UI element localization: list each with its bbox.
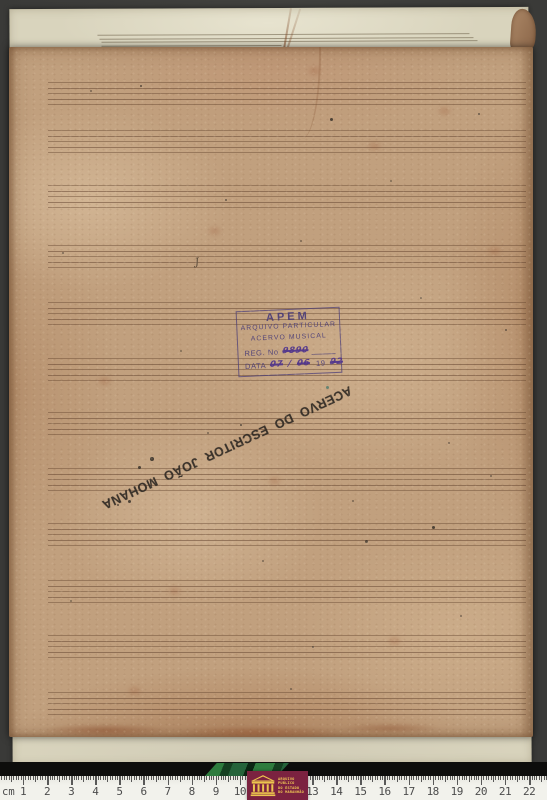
ink-speck: [490, 475, 492, 477]
ruler-tick: [498, 776, 499, 780]
ruler-tick: [406, 776, 407, 780]
ruler-tick: [141, 776, 142, 780]
ruler-tick: [411, 776, 412, 780]
ruler-tick: [324, 776, 325, 782]
ruler-tick: [37, 776, 38, 780]
ruler-tick: [117, 776, 118, 780]
ruler-tick: [387, 776, 388, 780]
torn-corner-edge: [510, 8, 538, 52]
ruler-tick: [522, 776, 523, 780]
ruler-tick: [445, 776, 446, 782]
ruler-tick: [192, 776, 194, 785]
ruler-tick: [370, 776, 371, 780]
ruler-tick: [23, 776, 25, 785]
ruler-number: 7: [165, 785, 171, 798]
scanned-manuscript-photo: APEM ARQUIVO PARTICULAR ACERVO MUSICAL R…: [0, 0, 547, 800]
ruler-tick: [189, 776, 190, 780]
ruler-tick: [158, 776, 159, 780]
ruler-tick: [11, 776, 12, 782]
ruler-tick: [315, 776, 316, 780]
ruler-tick: [428, 776, 429, 780]
ruler-tick: [327, 776, 328, 780]
ruler-tick: [206, 776, 207, 780]
ruler-number: 14: [330, 785, 342, 798]
ruler-tick: [6, 776, 7, 780]
ruler-tick: [175, 776, 176, 780]
ruler-tick: [469, 776, 470, 782]
ruler-tick: [524, 776, 525, 780]
staff-lines: [48, 245, 526, 268]
ruler-tick: [197, 776, 198, 780]
ruler-tick: [380, 776, 381, 780]
ruler-tick: [165, 776, 166, 780]
ruler-tick: [536, 776, 537, 780]
foxing-stain: [209, 227, 220, 235]
ruler-number: 1: [20, 785, 26, 798]
ruler-tick: [40, 776, 41, 780]
ruler-tick: [433, 776, 435, 785]
ruler-tick: [225, 776, 226, 780]
ruler-tick: [95, 776, 97, 785]
ruler-tick: [382, 776, 383, 780]
stamp-reg-value: 9890: [282, 345, 309, 356]
ruler-tick: [223, 776, 224, 780]
foxing-stain: [99, 377, 110, 385]
ruler-tick: [319, 776, 320, 780]
ruler-tick: [182, 776, 183, 780]
ruler-tick: [519, 776, 520, 780]
staff-lines: [48, 130, 526, 153]
foxing-stain: [489, 247, 500, 255]
ruler-tick: [110, 776, 111, 780]
ruler-tick: [112, 776, 113, 780]
ruler-tick: [57, 776, 58, 780]
ruler-tick: [510, 776, 511, 780]
ink-speck: [420, 297, 422, 299]
ruler-tick: [204, 776, 205, 782]
cm-ruler: cm 1234567891013141516171819202122 ARQUI…: [0, 776, 547, 800]
stamp-date-month: 06: [297, 358, 311, 369]
staff-lines: [48, 580, 526, 603]
ruler-tick: [392, 776, 393, 780]
foxing-stain: [269, 477, 280, 485]
ruler-tick: [172, 776, 173, 780]
ruler-tick: [83, 776, 84, 782]
ruler-tick: [493, 776, 494, 782]
foxing-stain: [309, 67, 320, 75]
ruler-tick: [122, 776, 123, 780]
ruler-tick: [16, 776, 17, 780]
ruler-tick: [240, 776, 242, 785]
ruler-tick: [136, 776, 137, 780]
ruler-tick: [452, 776, 453, 780]
stamp-line-acervo-musical: ACERVO MUSICAL: [238, 332, 340, 344]
ruler-tick: [151, 776, 152, 780]
ruler-tick: [336, 776, 338, 785]
ruler-tick: [353, 776, 354, 780]
ownership-stamp: ACERVO DO ESCRITOR JOÃO MOHANA: [102, 382, 355, 511]
ruler-tick: [4, 776, 5, 780]
ruler-tick: [365, 776, 366, 780]
ruler-tick: [310, 776, 311, 780]
ruler-tick: [221, 776, 222, 780]
ruler-tick: [18, 776, 19, 780]
ruler-tick: [317, 776, 318, 780]
ruler-number: 4: [92, 785, 98, 798]
ruler-tick: [218, 776, 219, 780]
staff-lines: [48, 82, 526, 105]
ruler-tick: [69, 776, 70, 780]
ink-streak: [297, 47, 321, 139]
ruler-tick: [233, 776, 234, 780]
water-stain: [17, 715, 457, 737]
staff-lines: [48, 523, 526, 546]
ruler-tick: [372, 776, 373, 782]
ruler-number: 17: [402, 785, 414, 798]
ruler-tick: [384, 776, 386, 785]
ruler-tick: [334, 776, 335, 780]
ruler-tick: [401, 776, 402, 780]
ruler-number: 8: [189, 785, 195, 798]
ruler-tick: [462, 776, 463, 780]
ruler-tick: [500, 776, 501, 780]
ruler-tick: [329, 776, 330, 780]
ruler-tick: [105, 776, 106, 780]
verso-staff-line: [97, 33, 469, 36]
ruler-tick: [466, 776, 467, 780]
ruler-tick: [476, 776, 477, 780]
ruler-tick: [146, 776, 147, 780]
ruler-tick: [50, 776, 51, 780]
ruler-number: 10: [234, 785, 246, 798]
ruler-tick: [35, 776, 36, 782]
ruler-tick: [505, 776, 507, 785]
ink-speck: [117, 504, 119, 506]
ink-speck: [290, 688, 292, 690]
ruler-tick: [358, 776, 359, 780]
ruler-tick: [119, 776, 121, 785]
ruler-tick: [425, 776, 426, 780]
ruler-tick: [517, 776, 518, 782]
ruler-tick: [495, 776, 496, 780]
ruler-tick: [488, 776, 489, 780]
ruler-tick: [481, 776, 483, 785]
ruler-tick: [201, 776, 202, 780]
ruler-tick: [184, 776, 185, 780]
ink-speck: [505, 329, 507, 331]
ink-speck: [180, 350, 182, 352]
verso-staff-line: [102, 44, 282, 46]
ruler-tick: [170, 776, 171, 780]
ruler-tick: [1, 776, 2, 780]
foxing-stain: [369, 142, 380, 150]
ruler-tick: [21, 776, 22, 780]
ruler-tick: [127, 776, 128, 780]
ruler-tick: [129, 776, 130, 780]
ruler-tick: [491, 776, 492, 780]
ruler-tick: [409, 776, 411, 785]
ruler-tick: [13, 776, 14, 780]
ruler-tick: [421, 776, 422, 782]
ruler-number: 19: [451, 785, 463, 798]
foxing-stain: [389, 637, 400, 645]
ruler-tick: [356, 776, 357, 780]
ruler-tick: [423, 776, 424, 780]
ruler-number: 6: [140, 785, 146, 798]
ruler-tick: [478, 776, 479, 780]
ruler-tick: [88, 776, 89, 780]
ruler-tick: [115, 776, 116, 780]
archive-stamp-box: APEM ARQUIVO PARTICULAR ACERVO MUSICAL R…: [236, 307, 343, 377]
stamp-underline: [311, 345, 335, 354]
archive-logo: ARQUIVO PÚBLICO DO ESTADO DO MARANHÃO: [247, 771, 308, 800]
ruler-tick: [230, 776, 231, 780]
ink-speck: [108, 499, 110, 501]
ruler-tick: [399, 776, 400, 780]
ruler-tick: [503, 776, 504, 780]
ruler-tick: [134, 776, 135, 780]
ruler-tick: [418, 776, 419, 780]
ruler-tick: [413, 776, 414, 780]
ruler-number: 16: [378, 785, 390, 798]
ruler-tick: [100, 776, 101, 780]
ruler-tick: [139, 776, 140, 780]
stamp-date-century: 19: [316, 358, 326, 367]
ruler-tick: [86, 776, 87, 780]
stamp-date-row: DATA 07 / 06 19 92: [239, 357, 341, 371]
ruler-tick: [78, 776, 79, 780]
ink-speck: [140, 85, 142, 87]
ruler-tick: [33, 776, 34, 780]
ink-speck: [90, 90, 92, 92]
ruler-tick: [211, 776, 212, 780]
ruler-tick: [235, 776, 236, 780]
ruler-tick: [81, 776, 82, 780]
ruler-tick: [389, 776, 390, 780]
ruler-tick: [464, 776, 465, 780]
ink-speck: [138, 466, 141, 469]
stamp-reg-row: REG. No 9890: [238, 343, 340, 357]
ink-speck: [62, 252, 64, 254]
ruler-tick: [45, 776, 46, 780]
ruler-tick: [512, 776, 513, 780]
ink-speck: [128, 500, 131, 503]
ruler-number: 5: [116, 785, 122, 798]
staff-lines: [48, 635, 526, 658]
ruler-tick: [153, 776, 154, 780]
ruler-tick: [360, 776, 362, 785]
ruler-tick: [348, 776, 349, 782]
ink-speck: [207, 432, 209, 434]
ruler-tick: [54, 776, 55, 780]
ink-speck: [225, 199, 227, 201]
ruler-number: 9: [213, 785, 219, 798]
ruler-tick: [30, 776, 31, 780]
ruler-tick: [459, 776, 460, 780]
ink-speck: [326, 386, 329, 389]
ruler-tick: [474, 776, 475, 780]
ruler-tick: [9, 776, 10, 780]
foxing-stain: [129, 687, 140, 695]
ink-speck: [448, 442, 450, 444]
ruler-tick: [397, 776, 398, 782]
ruler-number: 2: [44, 785, 50, 798]
ruler-tick: [245, 776, 246, 780]
building-icon: [250, 774, 276, 797]
ruler-tick: [160, 776, 161, 780]
ruler-tick: [187, 776, 188, 780]
ruler-tick: [143, 776, 145, 785]
stamp-reg-label: REG. No: [244, 347, 279, 357]
ruler-tick: [430, 776, 431, 780]
staff-lines: [48, 692, 526, 715]
ruler-tick: [42, 776, 43, 780]
foxing-stain: [439, 107, 450, 115]
stamp-date-separator: /: [288, 359, 293, 369]
ruler-tick: [180, 776, 181, 782]
ruler-tick: [416, 776, 417, 780]
ruler-number: 22: [523, 785, 535, 798]
ruler-tick: [216, 776, 218, 785]
ruler-tick: [64, 776, 65, 780]
ruler-tick: [486, 776, 487, 780]
ink-speck: [262, 560, 264, 562]
ruler-tick: [539, 776, 540, 780]
ruler-tick: [124, 776, 125, 780]
ruler-tick: [341, 776, 342, 780]
ruler-tick: [529, 776, 531, 785]
ruler-tick: [177, 776, 178, 780]
ruler-tick: [228, 776, 229, 782]
ruler-tick: [440, 776, 441, 780]
stamp-date-day: 07: [270, 359, 284, 370]
ruler-tick: [52, 776, 53, 780]
ruler-tick: [107, 776, 108, 782]
ruler-tick: [47, 776, 49, 785]
logo-text-line: DO MARANHÃO: [278, 790, 304, 794]
ruler-tick: [454, 776, 455, 780]
ruler-tick: [394, 776, 395, 780]
ink-speck: [365, 540, 368, 543]
ruler-tick: [209, 776, 210, 780]
ruler-tick: [90, 776, 91, 780]
ink-speck: [240, 424, 242, 426]
ruler-tick: [507, 776, 508, 780]
ruler-tick: [377, 776, 378, 780]
ruler-number: 21: [499, 785, 511, 798]
ruler-tick: [322, 776, 323, 780]
ruler-tick: [351, 776, 352, 780]
ruler-tick: [59, 776, 60, 782]
ruler-tick: [339, 776, 340, 780]
ink-speck: [432, 526, 435, 529]
ruler-tick: [28, 776, 29, 780]
ruler-tick: [98, 776, 99, 780]
ruler-tick: [71, 776, 73, 785]
ruler-tick: [168, 776, 170, 785]
ruler-tick: [541, 776, 542, 782]
ink-speck: [70, 600, 72, 602]
ruler-tick: [76, 776, 77, 780]
ruler-tick: [25, 776, 26, 780]
manuscript-page: APEM ARQUIVO PARTICULAR ACERVO MUSICAL R…: [9, 47, 533, 737]
ruler-tick: [368, 776, 369, 780]
ruler-number: 20: [475, 785, 487, 798]
ruler-unit-label: cm: [2, 786, 15, 798]
ink-speck: [460, 615, 462, 617]
ruler-tick: [447, 776, 448, 780]
ink-speck: [390, 180, 392, 182]
ruler-tick: [156, 776, 157, 782]
ruler-tick: [62, 776, 63, 780]
ink-speck: [352, 500, 354, 502]
ruler-tick: [363, 776, 364, 780]
ruler-number: 15: [354, 785, 366, 798]
ruler-tick: [331, 776, 332, 780]
ruler-tick: [450, 776, 451, 780]
ruler-tick: [131, 776, 132, 782]
ruler-number: 3: [68, 785, 74, 798]
ruler-tick: [527, 776, 528, 780]
ruler-tick: [312, 776, 314, 785]
ruler-tick: [435, 776, 436, 780]
ruler-tick: [544, 776, 545, 780]
ruler-tick: [237, 776, 238, 780]
ruler-tick: [515, 776, 516, 780]
ruler-tick: [346, 776, 347, 780]
ruler-tick: [344, 776, 345, 780]
ruler-tick: [74, 776, 75, 780]
ruler-tick: [163, 776, 164, 780]
logo-text: ARQUIVO PÚBLICO DO ESTADO DO MARANHÃO: [278, 777, 304, 794]
stamp-date-label: DATA: [245, 361, 267, 371]
ruler-tick: [483, 776, 484, 780]
ruler-tick: [213, 776, 214, 780]
ink-speck: [478, 113, 480, 115]
staff-lines: [48, 185, 526, 208]
ruler-tick: [148, 776, 149, 780]
ruler-tick: [442, 776, 443, 780]
foxing-stain: [169, 587, 180, 595]
ruler-number: 18: [427, 785, 439, 798]
ruler-tick: [534, 776, 535, 780]
ruler-tick: [103, 776, 104, 780]
ruler-tick: [532, 776, 533, 780]
ruler-tick: [194, 776, 195, 780]
ruler-tick: [66, 776, 67, 780]
ruler-tick: [404, 776, 405, 780]
ruler-tick: [93, 776, 94, 780]
ruler-tick: [438, 776, 439, 780]
ruler-tick: [375, 776, 376, 780]
ruler-tick: [242, 776, 243, 780]
ink-speck: [150, 457, 154, 461]
ruler-tick: [471, 776, 472, 780]
ink-speck: [330, 118, 333, 121]
ink-speck: [312, 646, 314, 648]
ruler-tick: [199, 776, 200, 780]
ruler-tick: [457, 776, 459, 785]
stamp-date-year: 92: [329, 357, 343, 368]
ink-speck: [300, 240, 302, 242]
